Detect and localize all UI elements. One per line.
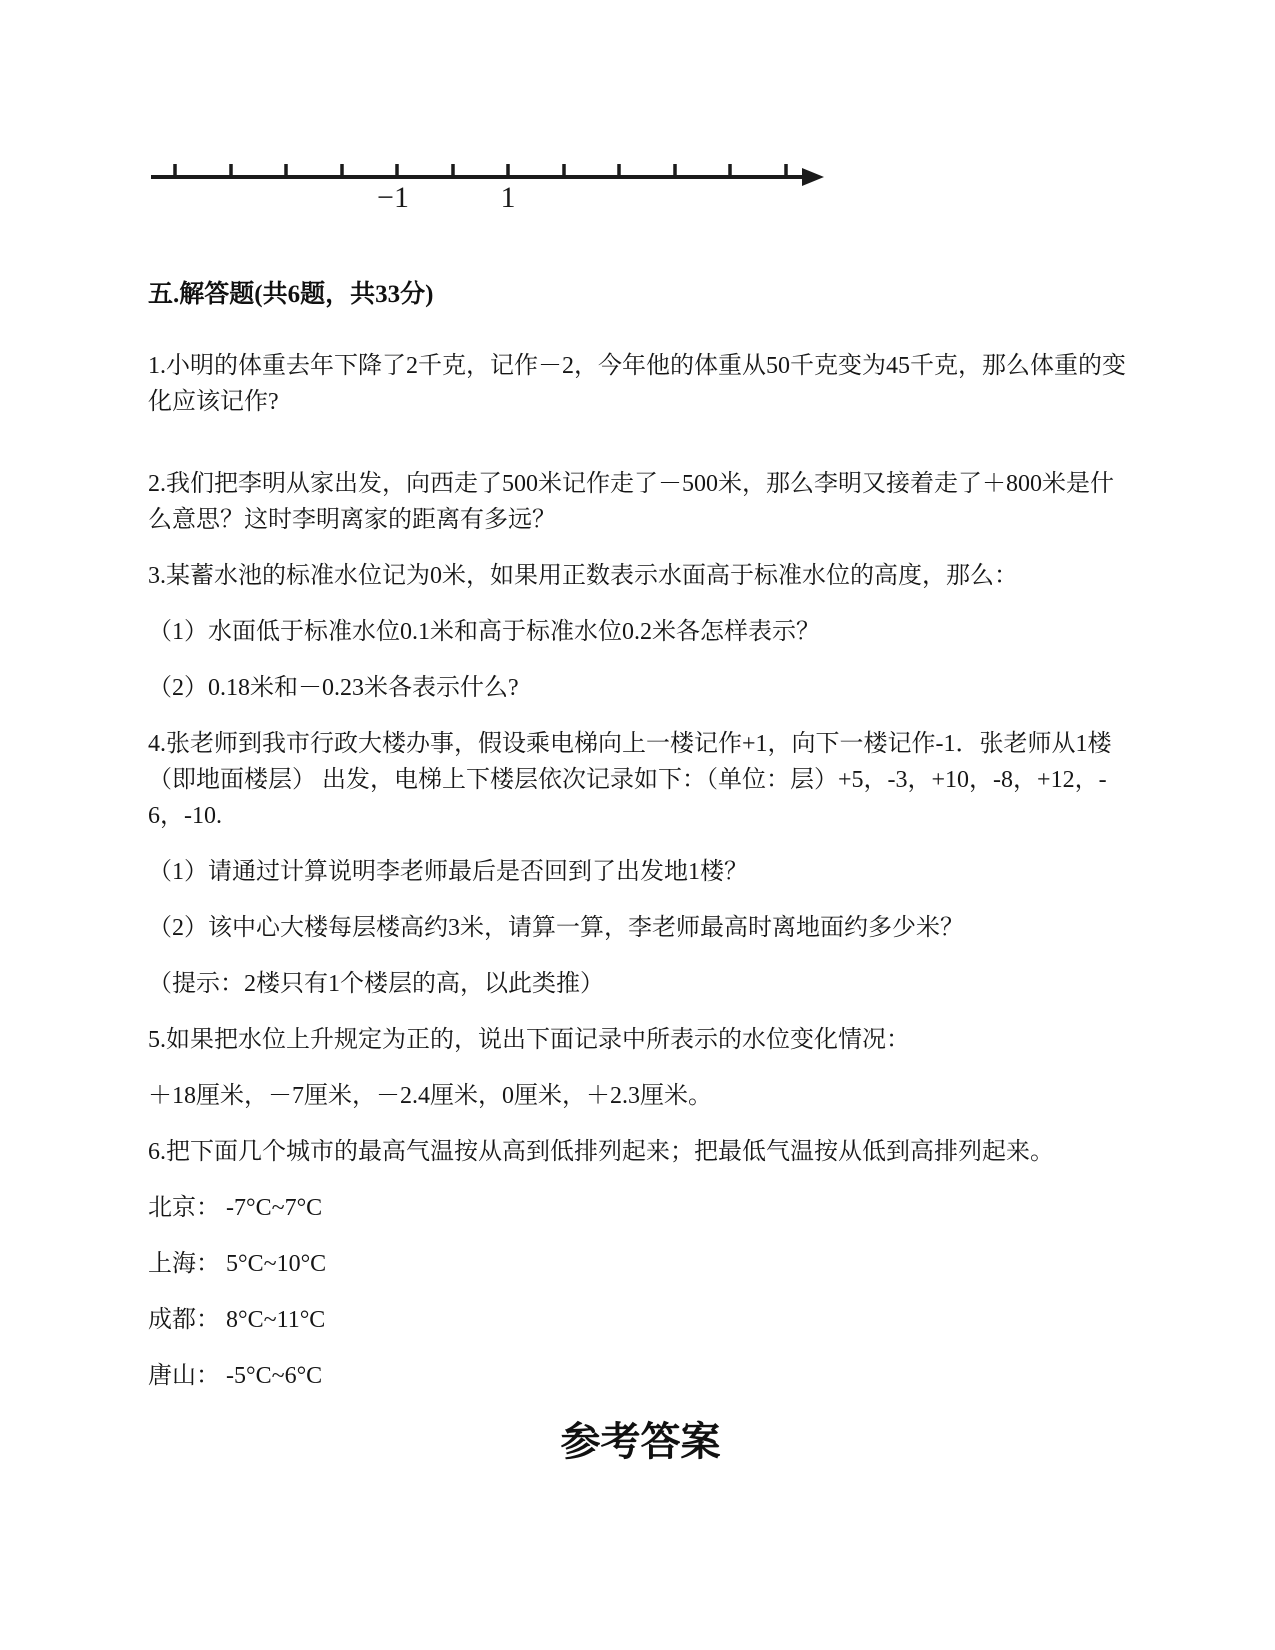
number-line-label-negative-one: −1: [377, 181, 409, 214]
question-6-city-beijing: 北京： -7°C~7°C: [148, 1190, 1133, 1226]
section-title: 五.解答题(共6题，共33分): [148, 276, 1133, 314]
question-4-part-2: （2）该中心大楼每层楼高约3米，请算一算，李老师最高时离地面约多少米？: [148, 910, 1133, 946]
arrowhead-icon: [802, 168, 824, 186]
question-4-hint: （提示：2楼只有1个楼层的高，以此类推）: [148, 966, 1133, 1002]
question-2: 2.我们把李明从家出发，向西走了500米记作走了－500米，那么李明又接着走了＋…: [148, 466, 1133, 538]
reference-answers-heading: 参考答案: [148, 1417, 1133, 1467]
number-line-figure: −1 1: [148, 138, 838, 218]
question-6: 6.把下面几个城市的最高气温按从高到低排列起来；把最低气温按从低到高排列起来。: [148, 1134, 1133, 1170]
question-3-part-2: （2）0.18米和－0.23米各表示什么?: [148, 670, 1133, 706]
question-1: 1.小明的体重去年下降了2千克，记作－2，今年他的体重从50千克变为45千克，那…: [148, 348, 1133, 420]
worksheet-page: −1 1 五.解答题(共6题，共33分) 1.小明的体重去年下降了2千克，记作－…: [0, 0, 1275, 1650]
question-5: 5.如果把水位上升规定为正的，说出下面记录中所表示的水位变化情况：: [148, 1022, 1133, 1058]
question-4-part-1: （1）请通过计算说明李老师最后是否回到了出发地1楼？: [148, 854, 1133, 890]
question-6-city-chengdu: 成都： 8°C~11°C: [148, 1302, 1133, 1338]
number-line-label-one: 1: [501, 181, 516, 214]
question-4: 4.张老师到我市行政大楼办事，假设乘电梯向上一楼记作+1，向下一楼记作-1．张老…: [148, 726, 1133, 834]
question-6-city-tangshan: 唐山： -5°C~6°C: [148, 1358, 1133, 1394]
question-5-values: ＋18厘米，－7厘米，－2.4厘米，0厘米，＋2.3厘米。: [148, 1078, 1133, 1114]
question-6-city-shanghai: 上海： 5°C~10°C: [148, 1246, 1133, 1282]
worksheet-content: 五.解答题(共6题，共33分) 1.小明的体重去年下降了2千克，记作－2，今年他…: [148, 276, 1133, 1467]
question-3-part-1: （1）水面低于标准水位0.1米和高于标准水位0.2米各怎样表示？: [148, 614, 1133, 650]
question-3: 3.某蓄水池的标准水位记为0米，如果用正数表示水面高于标准水位的高度，那么：: [148, 558, 1133, 594]
